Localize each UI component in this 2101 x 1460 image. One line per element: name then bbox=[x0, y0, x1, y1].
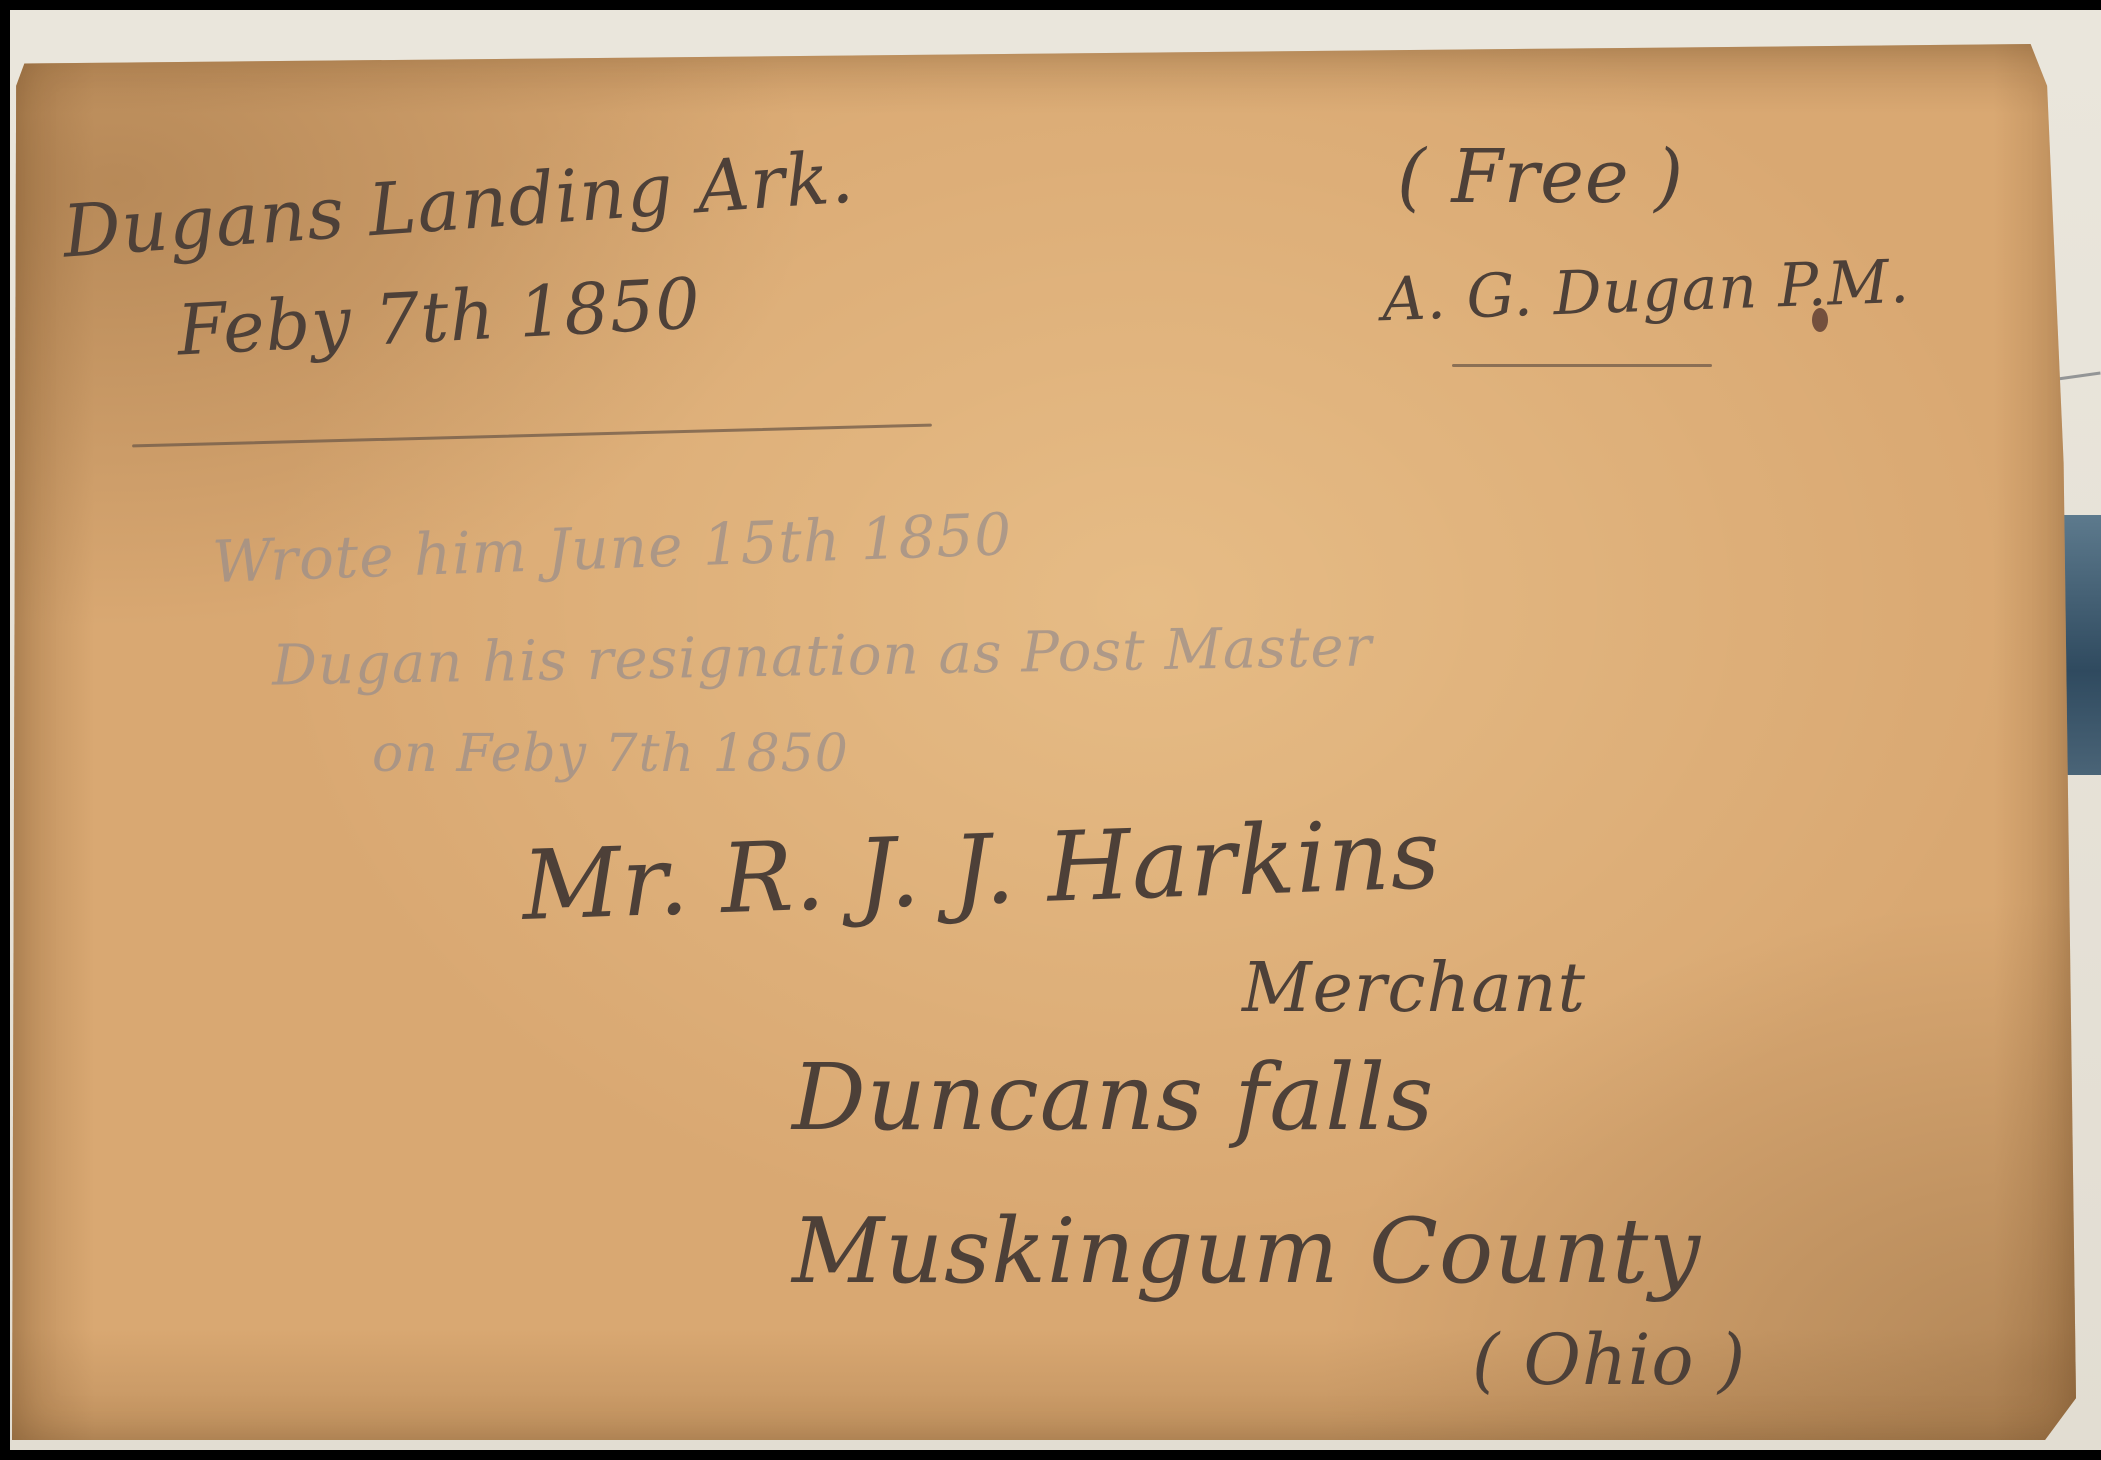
faded-note-line-3: on Feby 7th 1850 bbox=[372, 724, 849, 784]
recipient-state: ( Ohio ) bbox=[1472, 1319, 1746, 1401]
origin-text: Dugans Landing Ark. bbox=[60, 134, 857, 273]
recipient-town: Duncans falls bbox=[792, 1044, 1434, 1151]
recipient-name: Mr. R. J. J. Harkins bbox=[520, 798, 1442, 942]
faded-note-line-1: Wrote him June 15th 1850 bbox=[211, 500, 1013, 596]
envelope: Dugans Landing Ark. Feby 7th 1850 ( Free… bbox=[12, 44, 2076, 1440]
date-underline bbox=[132, 424, 932, 448]
signature-flourish bbox=[1452, 364, 1712, 367]
postmaster-signature: A. G. Dugan P.M. bbox=[1381, 247, 1911, 335]
date-text: Feby 7th 1850 bbox=[175, 262, 702, 371]
free-frank: ( Free ) bbox=[1397, 134, 1684, 220]
faded-note-line-2: Dugan his resignation as Post Master bbox=[272, 614, 1373, 698]
recipient-county: Muskingum County bbox=[792, 1199, 1701, 1304]
recipient-occupation: Merchant bbox=[1242, 949, 1586, 1028]
ink-blot bbox=[1812, 308, 1828, 332]
